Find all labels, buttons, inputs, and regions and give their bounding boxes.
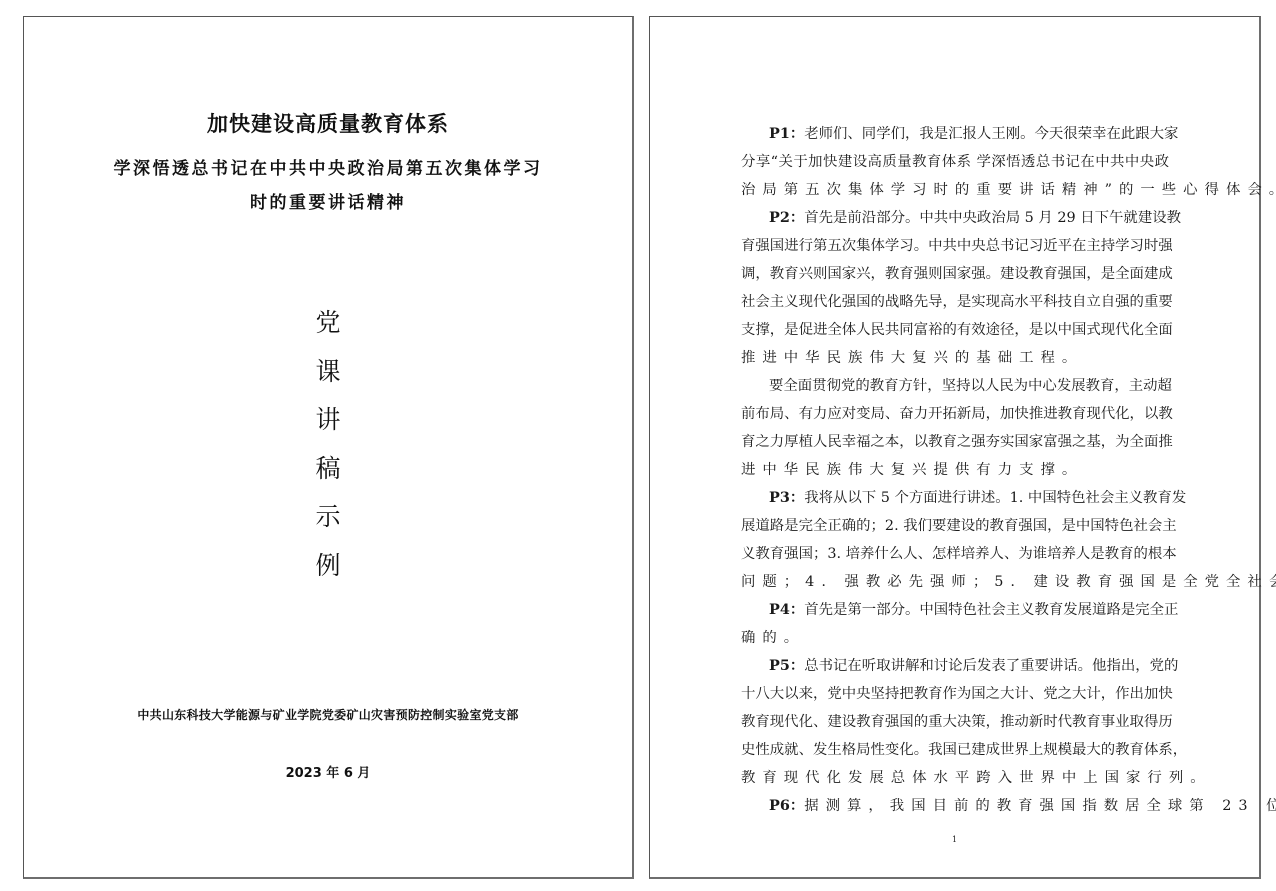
paragraph-label: P2： [769, 209, 804, 226]
paragraph-text: 老师们、同学们，我是汇报人王刚。今天很荣幸在此跟大家 [804, 126, 1178, 142]
cover-title: 加快建设高质量教育体系 [24, 109, 632, 139]
paragraph-line: 十八大以来，党中央坚持把教育作为国之大计、党之大计，作出加快 [741, 680, 1169, 708]
paragraph: P1：老师们、同学们，我是汇报人王刚。今天很荣幸在此跟大家分享“关于加快建设高质… [741, 120, 1169, 204]
paragraph-line: P3：我将从以下 5 个方面进行讲述。1. 中国特色社会主义教育发 [741, 484, 1169, 512]
paragraph-line: 确的。 [741, 624, 1169, 652]
cover-organization: 中共山东科技大学能源与矿业学院党委矿山灾害预防控制实验室党支部 [24, 706, 632, 723]
paragraph-line: 要全面贯彻党的教育方针，坚持以人民为中心发展教育，主动超 [741, 372, 1169, 400]
paragraph-text: 据测算，我国目前的教育强国指数居全球第 23 位，比 2012 [804, 798, 1276, 814]
cover-date: 2023 年 6 月 [24, 762, 632, 781]
paragraph-line: 问题；4. 强教必先强师；5. 建设教育强国是全党全社会的共同任务。 [741, 568, 1169, 596]
paragraph-line: P1：老师们、同学们，我是汇报人王刚。今天很荣幸在此跟大家 [741, 120, 1169, 148]
paragraph-line: 教育现代化、建设教育强国的重大决策，推动新时代教育事业取得历 [741, 708, 1169, 736]
paragraph-line: P4：首先是第一部分。中国特色社会主义教育发展道路是完全正 [741, 596, 1169, 624]
page-number: 1 [650, 835, 1259, 844]
paragraph-line: 社会主义现代化强国的战略先导，是实现高水平科技自立自强的重要 [741, 288, 1169, 316]
paragraph-line: 展道路是完全正确的；2. 我们要建设的教育强国，是中国特色社会主 [741, 512, 1169, 540]
paragraph-text: 展道路是完全正确的；2. 我们要建设的教育强国，是中国特色社会主 [741, 518, 1177, 534]
paragraph-text: 问题；4. 强教必先强师；5. 建设教育强国是全党全社会的共同任务。 [741, 574, 1276, 590]
paragraph-label: P3： [769, 489, 804, 506]
vertical-title-char: 党 [315, 299, 340, 348]
vertical-title: 党 课 讲 稿 示 例 [24, 299, 632, 590]
paragraph-line: 义教育强国；3. 培养什么人、怎样培养人、为谁培养人是教育的根本 [741, 540, 1169, 568]
paragraph-line: 进中华民族伟大复兴提供有力支撑。 [741, 456, 1169, 484]
paragraph-text: 总书记在听取讲解和讨论后发表了重要讲话。他指出，党的 [804, 658, 1178, 674]
paragraph-line: P2：首先是前沿部分。中共中央政治局 5 月 29 日下午就建设教 [741, 204, 1169, 232]
paragraph-line: 支撑，是促进全体人民共同富裕的有效途径，是以中国式现代化全面 [741, 316, 1169, 344]
paragraph-text: 育强国进行第五次集体学习。中共中央总书记习近平在主持学习时强 [741, 238, 1173, 254]
vertical-title-char: 课 [315, 348, 340, 397]
paragraph-text: 要全面贯彻党的教育方针，坚持以人民为中心发展教育，主动超 [769, 378, 1172, 394]
paragraph-line: 教育现代化发展总体水平跨入世界中上国家行列。 [741, 764, 1169, 792]
paragraph-line: 育之力厚植人民幸福之本，以教育之强夯实国家富强之基，为全面推 [741, 428, 1169, 456]
paragraph-text: 教育现代化、建设教育强国的重大决策，推动新时代教育事业取得历 [741, 714, 1173, 730]
paragraph-line: 史性成就、发生格局性变化。我国已建成世界上规模最大的教育体系， [741, 736, 1169, 764]
paragraph-line: 调，教育兴则国家兴，教育强则国家强。建设教育强国，是全面建成 [741, 260, 1169, 288]
paragraph-label: P1： [769, 125, 804, 142]
paragraph-text: 首先是前沿部分。中共中央政治局 5 月 29 日下午就建设教 [804, 210, 1181, 226]
paragraph: P6：据测算，我国目前的教育强国指数居全球第 23 位，比 2012 [741, 792, 1169, 820]
body-text: P1：老师们、同学们，我是汇报人王刚。今天很荣幸在此跟大家分享“关于加快建设高质… [741, 120, 1169, 820]
vertical-title-char: 稿 [315, 445, 340, 494]
cover-subtitle-line-1: 学深悟透总书记在中共中央政治局第五次集体学习 [24, 156, 632, 182]
paragraph-label: P4： [769, 601, 804, 618]
paragraph-text: 首先是第一部分。中国特色社会主义教育发展道路是完全正 [804, 602, 1178, 618]
paragraph-text: 推进中华民族伟大复兴的基础工程。 [741, 350, 1083, 366]
paragraph-line: P6：据测算，我国目前的教育强国指数居全球第 23 位，比 2012 [741, 792, 1169, 820]
paragraph-label: P6： [769, 797, 804, 814]
vertical-title-char: 例 [315, 542, 340, 591]
paragraph-text: 调，教育兴则国家兴，教育强则国家强。建设教育强国，是全面建成 [741, 266, 1173, 282]
paragraph-text: 史性成就、发生格局性变化。我国已建成世界上规模最大的教育体系， [741, 742, 1187, 758]
paragraph-text: 支撑，是促进全体人民共同富裕的有效途径，是以中国式现代化全面 [741, 322, 1173, 338]
paragraph-line: 治局第五次集体学习时的重要讲话精神”的一些心得体会。 [741, 176, 1169, 204]
vertical-title-char: 示 [315, 493, 340, 542]
paragraph-line: 推进中华民族伟大复兴的基础工程。 [741, 344, 1169, 372]
paragraph-line: 前布局、有力应对变局、奋力开拓新局，加快推进教育现代化，以教 [741, 400, 1169, 428]
vertical-title-char: 讲 [315, 396, 340, 445]
paragraph-text: 进中华民族伟大复兴提供有力支撑。 [741, 462, 1083, 478]
paragraph-text: 前布局、有力应对变局、奋力开拓新局，加快推进教育现代化，以教 [741, 406, 1173, 422]
cover-page: 加快建设高质量教育体系 学深悟透总书记在中共中央政治局第五次集体学习 时的重要讲… [23, 16, 634, 879]
paragraph: 要全面贯彻党的教育方针，坚持以人民为中心发展教育，主动超前布局、有力应对变局、奋… [741, 372, 1169, 484]
paragraph-line: 育强国进行第五次集体学习。中共中央总书记习近平在主持学习时强 [741, 232, 1169, 260]
cover-subtitle-line-2: 时的重要讲话精神 [24, 190, 632, 216]
paragraph-text: 确的。 [741, 630, 805, 646]
paragraph-text: 育之力厚植人民幸福之本，以教育之强夯实国家富强之基，为全面推 [741, 434, 1173, 450]
paragraph-text: 我将从以下 5 个方面进行讲述。1. 中国特色社会主义教育发 [804, 490, 1186, 506]
paragraph-text: 分享“关于加快建设高质量教育体系 学深悟透总书记在中共中央政 [741, 154, 1169, 170]
paragraph-line: 分享“关于加快建设高质量教育体系 学深悟透总书记在中共中央政 [741, 148, 1169, 176]
paragraph: P2：首先是前沿部分。中共中央政治局 5 月 29 日下午就建设教育强国进行第五… [741, 204, 1169, 372]
paragraph: P3：我将从以下 5 个方面进行讲述。1. 中国特色社会主义教育发展道路是完全正… [741, 484, 1169, 596]
paragraph-text: 教育现代化发展总体水平跨入世界中上国家行列。 [741, 770, 1212, 786]
paragraph: P4：首先是第一部分。中国特色社会主义教育发展道路是完全正确的。 [741, 596, 1169, 652]
paragraph: P5：总书记在听取讲解和讨论后发表了重要讲话。他指出，党的十八大以来，党中央坚持… [741, 652, 1169, 792]
paragraph-line: P5：总书记在听取讲解和讨论后发表了重要讲话。他指出，党的 [741, 652, 1169, 680]
paragraph-text: 社会主义现代化强国的战略先导，是实现高水平科技自立自强的重要 [741, 294, 1173, 310]
paragraph-text: 义教育强国；3. 培养什么人、怎样培养人、为谁培养人是教育的根本 [741, 546, 1177, 562]
body-page: P1：老师们、同学们，我是汇报人王刚。今天很荣幸在此跟大家分享“关于加快建设高质… [649, 16, 1261, 879]
paragraph-text: 十八大以来，党中央坚持把教育作为国之大计、党之大计，作出加快 [741, 686, 1173, 702]
paragraph-label: P5： [769, 657, 804, 674]
paragraph-text: 治局第五次集体学习时的重要讲话精神”的一些心得体会。 [741, 182, 1276, 198]
